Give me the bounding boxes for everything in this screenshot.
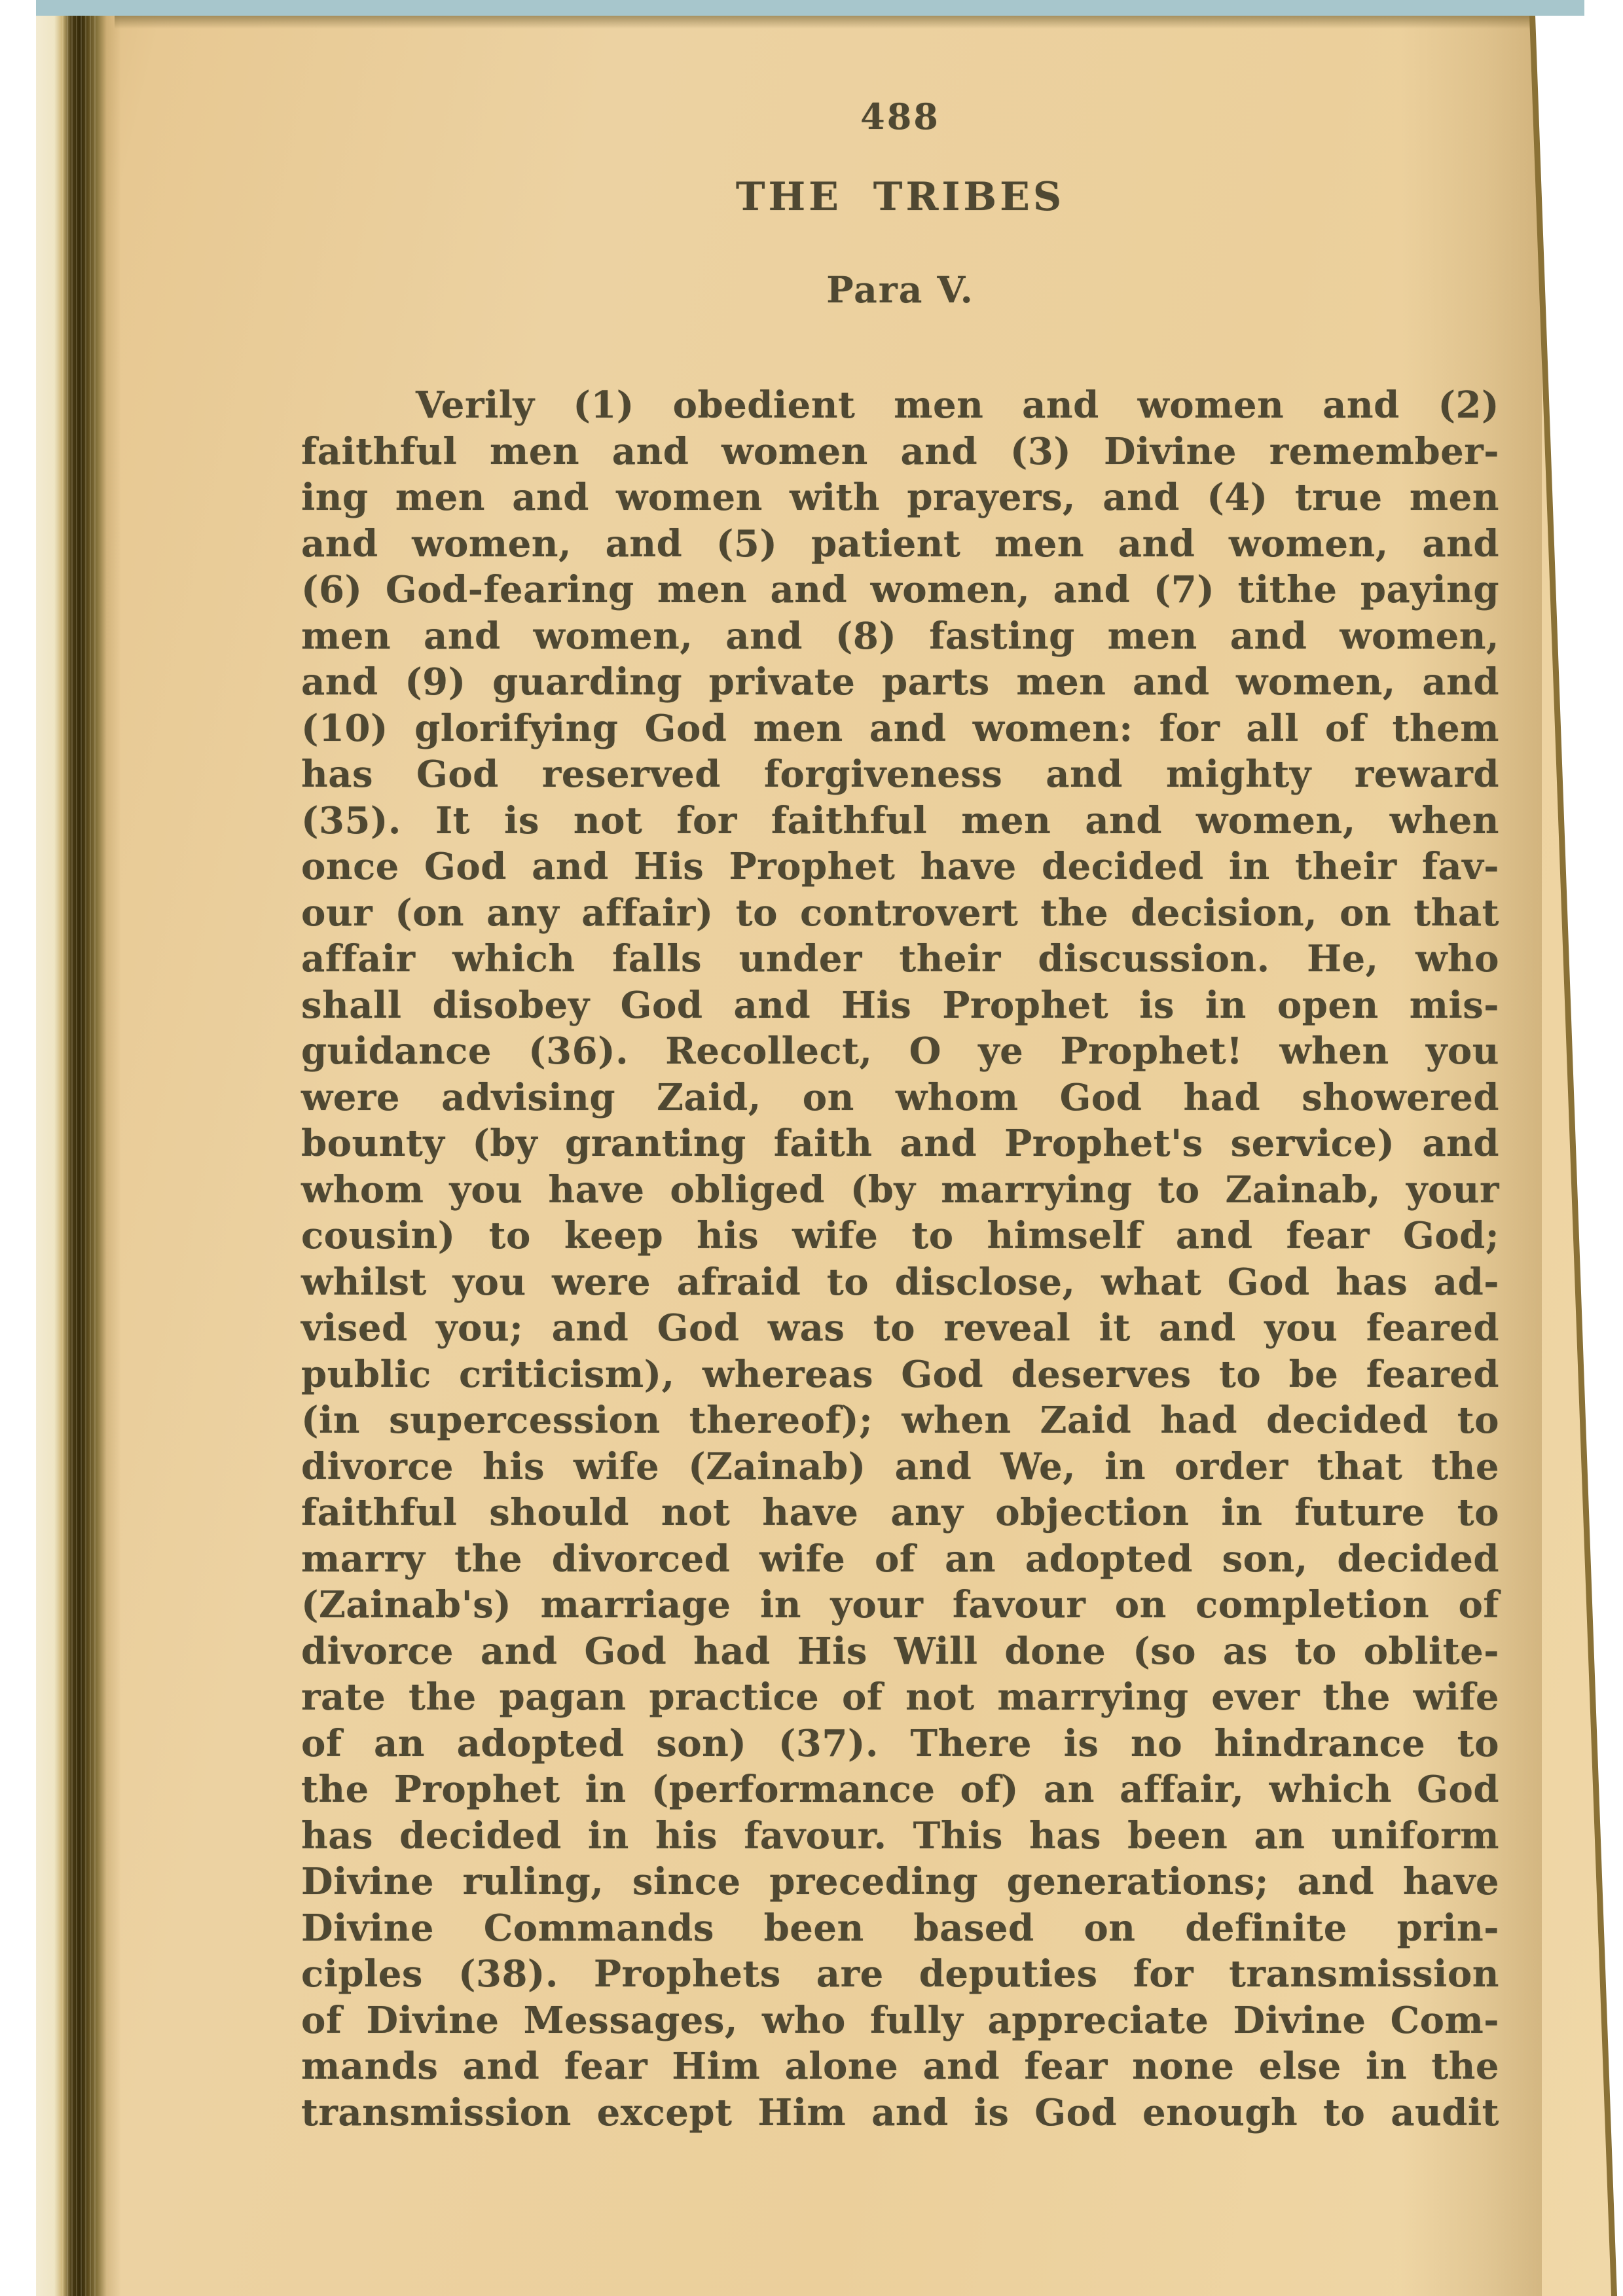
paragraph-line: (10) glorifying God men and women: for a… <box>301 706 1499 752</box>
paragraph-line: bounty (by granting faith and Prophet's … <box>301 1121 1499 1167</box>
paragraph-line: faithful men and women and (3) Divine re… <box>301 429 1499 475</box>
paragraph-line: (in supercession thereof); when Zaid had… <box>301 1397 1499 1444</box>
paragraph-line: of Divine Messages, who fully appreciate… <box>301 1998 1499 2044</box>
paragraph-line: cousin) to keep his wife to himself and … <box>301 1213 1499 1259</box>
paragraph-line: whom you have obliged (by marrying to Za… <box>301 1167 1499 1213</box>
scanned-book-photo: 488 THE TRIBES Para V. Verily (1) obedie… <box>0 0 1623 2296</box>
paragraph-line: shall disobey God and His Prophet is in … <box>301 982 1499 1029</box>
paragraph-line: men and women, and (8) fasting men and w… <box>301 613 1499 660</box>
paragraph-line: has decided in his favour. This has been… <box>301 1813 1499 1859</box>
paragraph-line: (35). It is not for faithful men and wom… <box>301 798 1499 844</box>
paragraph-line: mands and fear Him alone and fear none e… <box>301 2043 1499 2090</box>
paragraph-line: (Zainab's) marriage in your favour on co… <box>301 1582 1499 1628</box>
page-title: THE TRIBES <box>301 174 1499 220</box>
paragraph-line: of an adopted son) (37). There is no hin… <box>301 1721 1499 1767</box>
para-heading: Para V. <box>301 268 1499 311</box>
paragraph-line: and (9) guarding private parts men and w… <box>301 659 1499 706</box>
paragraph-line: once God and His Prophet have decided in… <box>301 844 1499 890</box>
paragraph-line: guidance (36). Recollect, O ye Prophet! … <box>301 1028 1499 1075</box>
page-stack-streaks <box>62 16 96 2296</box>
paragraph-line: vised you; and God was to reveal it and … <box>301 1305 1499 1352</box>
paragraph-line: Divine ruling, since preceding generatio… <box>301 1859 1499 1905</box>
page-top-shadow <box>115 16 1539 29</box>
paragraph-line: marry the divorced wife of an adopted so… <box>301 1536 1499 1583</box>
scan-top-strip <box>36 0 1584 17</box>
paragraph-line: (6) God-fearing men and women, and (7) t… <box>301 567 1499 613</box>
paragraph-line: whilst you were afraid to disclose, what… <box>301 1259 1499 1306</box>
paragraph-line: transmission except Him and is God enoug… <box>301 2090 1499 2136</box>
paragraph-line: affair which falls under their discussio… <box>301 936 1499 982</box>
paragraph-line: divorce his wife (Zainab) and We, in ord… <box>301 1444 1499 1490</box>
paragraph: Verily (1) obedient men and women and (2… <box>301 382 1499 2136</box>
paragraph-line: divorce and God had His Will done (so as… <box>301 1628 1499 1675</box>
paragraph-line: the Prophet in (performance of) an affai… <box>301 1767 1499 1813</box>
paragraph-line: rate the pagan practice of not marrying … <box>301 1674 1499 1721</box>
paragraph-line: ing men and women with prayers, and (4) … <box>301 475 1499 521</box>
paragraph-line: and women, and (5) patient men and women… <box>301 521 1499 567</box>
paragraph-line: has God reserved forgiveness and mighty … <box>301 751 1499 798</box>
page-number: 488 <box>301 96 1499 137</box>
paragraph-line: faithful should not have any objection i… <box>301 1490 1499 1536</box>
paragraph-line: public criticism), whereas God deserves … <box>301 1352 1499 1398</box>
paragraph-line: ciples (38). Prophets are deputies for t… <box>301 1951 1499 1998</box>
paragraph-line: our (on any affair) to controvert the de… <box>301 890 1499 937</box>
paragraph-line: Verily (1) obedient men and women and (2… <box>301 382 1499 429</box>
paragraph-line: were advising Zaid, on whom God had show… <box>301 1075 1499 1121</box>
paragraph-line: Divine Commands been based on definite p… <box>301 1905 1499 1952</box>
